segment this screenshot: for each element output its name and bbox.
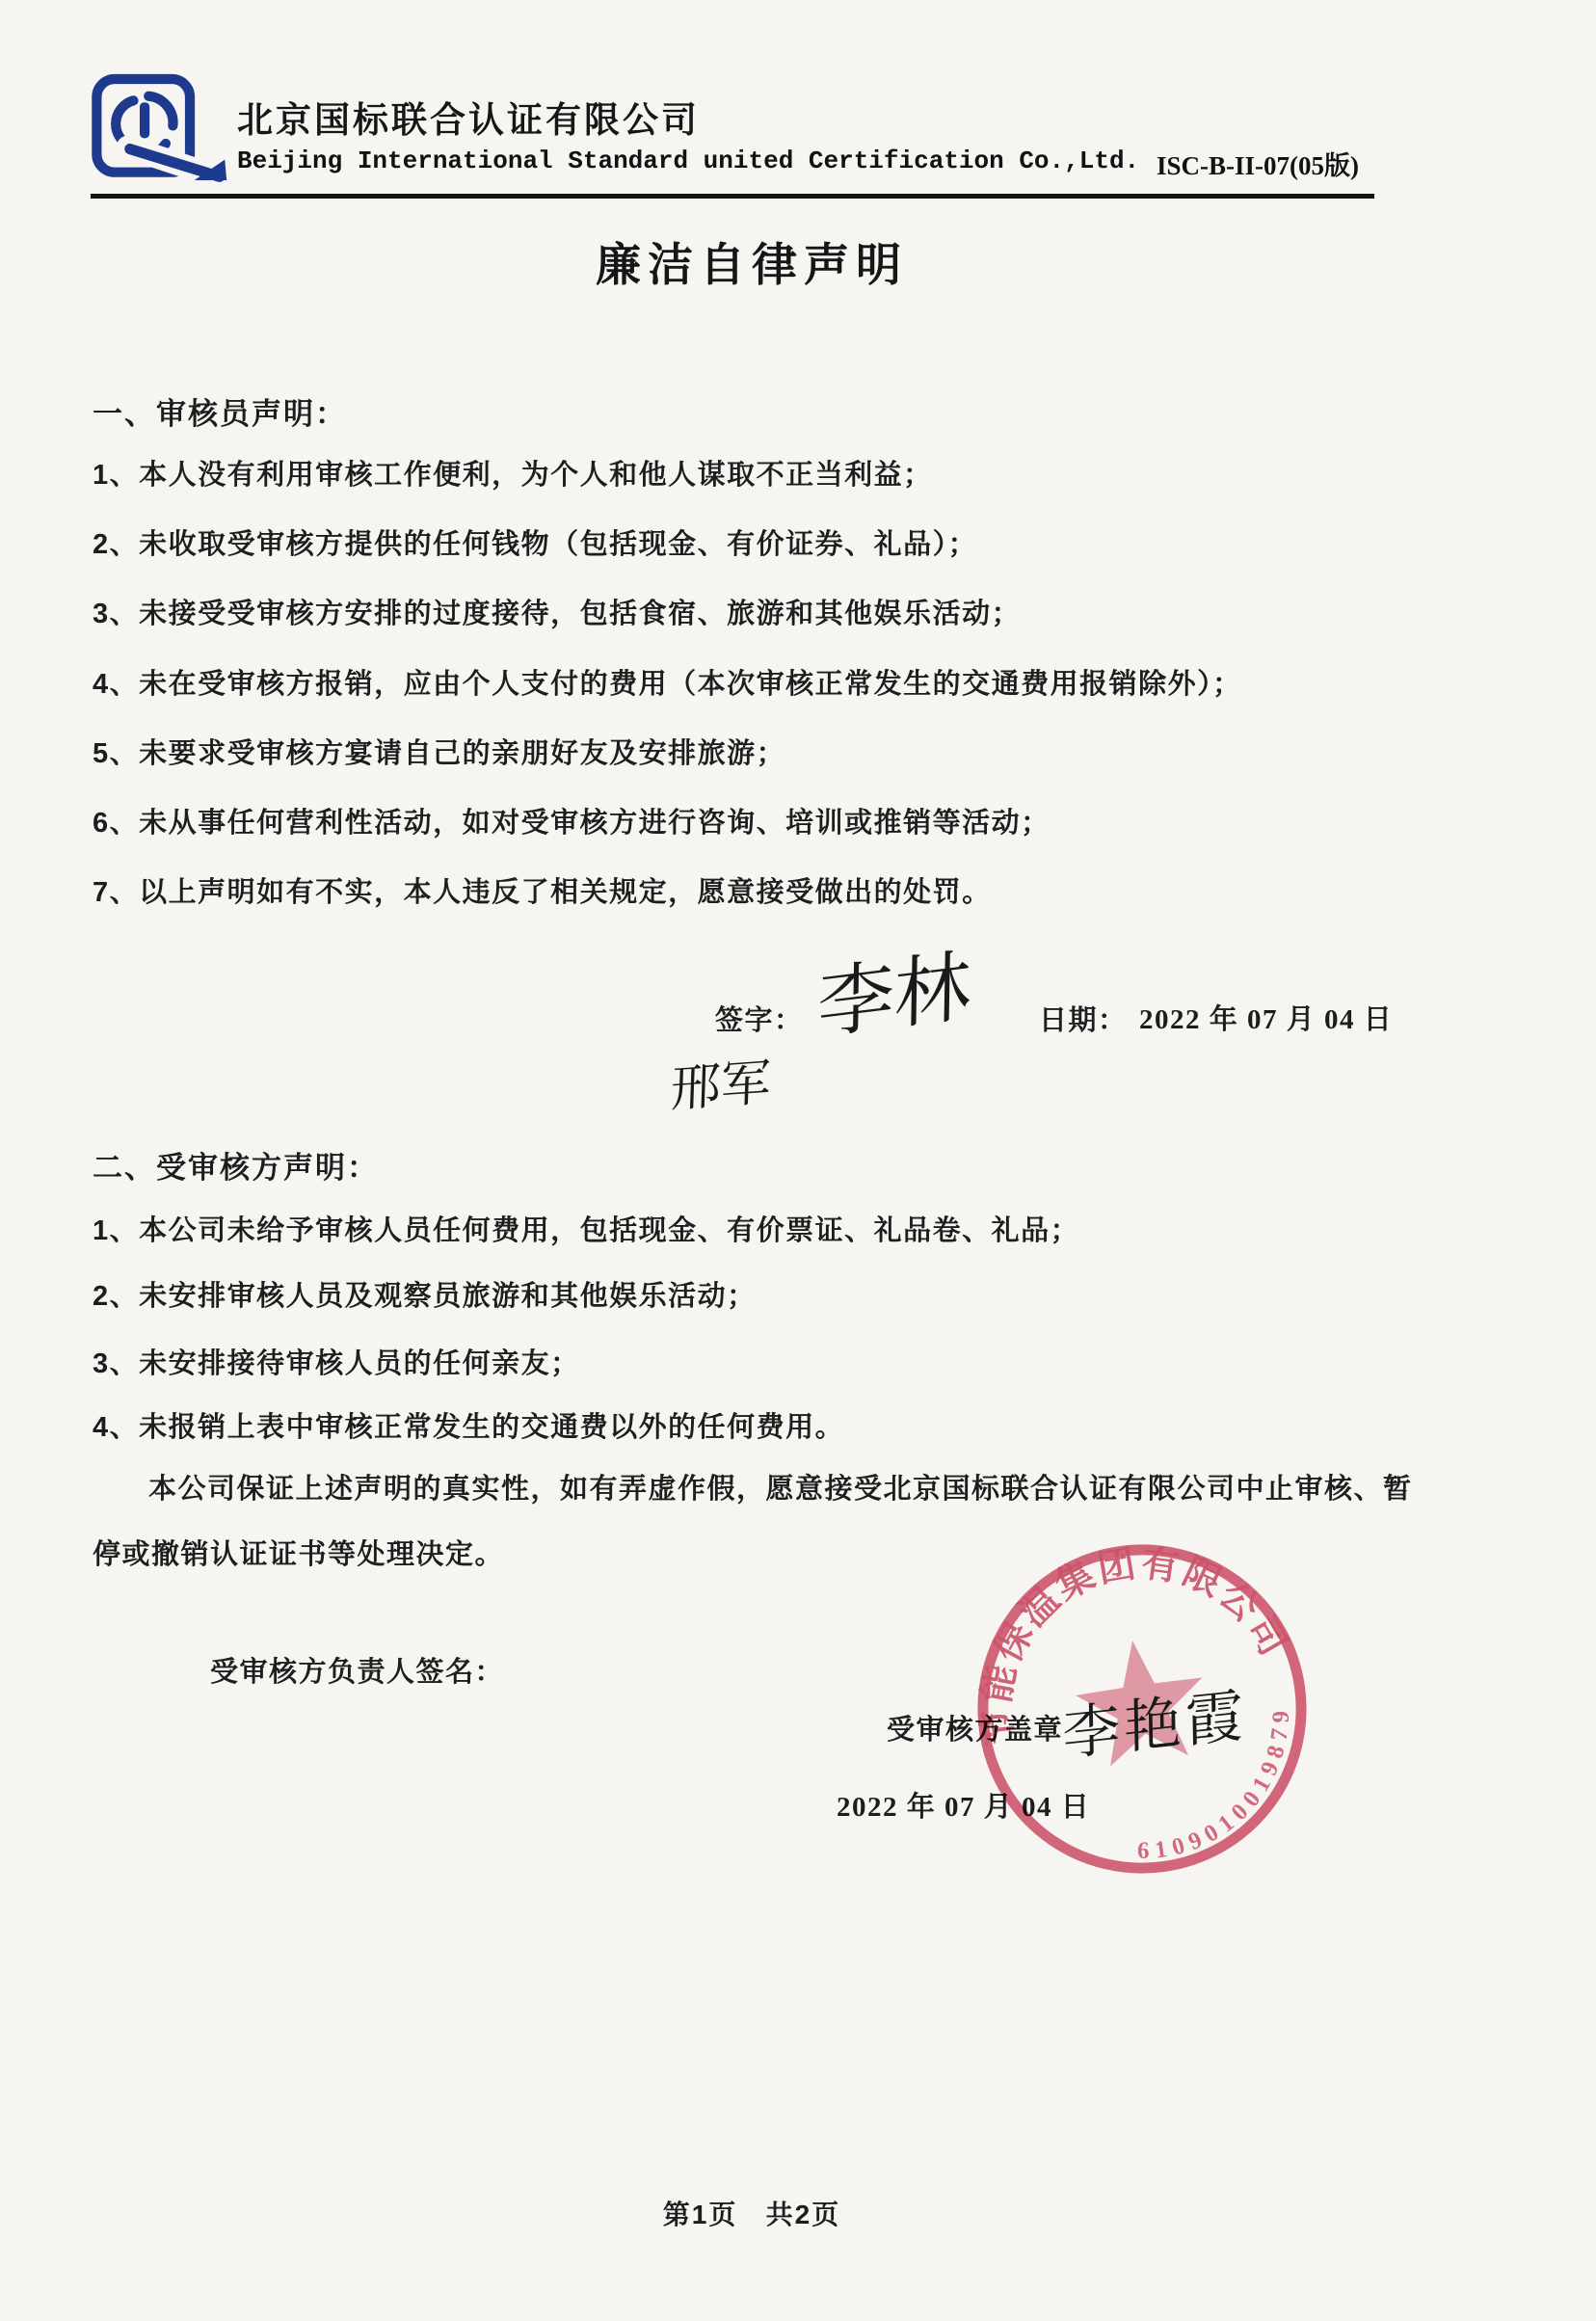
company-logo-icon xyxy=(89,71,241,189)
auditor-item: 3、未接受受审核方安排的过度接待，包括食宿、旅游和其他娱乐活动； xyxy=(93,592,1021,631)
date-label: 日期： xyxy=(1039,999,1128,1038)
document-code: ISC-B-II-07(05版) xyxy=(1157,145,1359,182)
closing-paragraph-line1: 本公司保证上述声明的真实性，如有弄虚作假，愿意接受北京国标联合认证有限公司中止审… xyxy=(148,1467,1413,1507)
auditee-item: 2、未安排审核人员及观察员旅游和其他娱乐活动； xyxy=(93,1274,757,1314)
sign-date-value: 2022 年 07 月 04 日 xyxy=(1139,998,1393,1037)
header-divider xyxy=(91,194,1374,199)
responsible-sign-label: 受审核方负责人签名： xyxy=(210,1650,504,1690)
company-name-cn: 北京国标联合认证有限公司 xyxy=(237,91,700,143)
document-page: 北京国标联合认证有限公司 Beijing International Stand… xyxy=(0,0,1596,2321)
page-number: 第1页 共2页 xyxy=(0,2194,1503,2232)
auditor-item: 7、以上声明如有不实，本人违反了相关规定，愿意接受做出的处罚。 xyxy=(93,870,992,910)
auditor-handwritten-signature: 李林 xyxy=(817,923,972,1054)
auditor-item: 4、未在受审核方报销，应由个人支付的费用（本次审核正常发生的交通费用报销除外）； xyxy=(93,662,1242,702)
auditee-section-heading: 二、受审核方声明： xyxy=(93,1143,379,1187)
auditee-item: 4、未报销上表中审核正常发生的交通费以外的任何费用。 xyxy=(93,1405,844,1445)
auditor-item: 5、未要求受审核方宴请自己的亲朋好友及安排旅游； xyxy=(93,732,785,771)
auditee-item: 1、本公司未给予审核人员任何费用，包括现金、有价票证、礼品卷、礼品； xyxy=(93,1209,1079,1248)
company-name-en: Beijing International Standard united Ce… xyxy=(237,147,1139,175)
auditor-section-heading: 一、审核员声明： xyxy=(93,389,347,433)
page-title: 廉洁自律声明 xyxy=(0,229,1503,294)
sign-label: 签字： xyxy=(715,999,804,1038)
closing-paragraph-line2: 停或撤销认证证书等处理决定。 xyxy=(93,1533,504,1572)
auditor-item: 2、未收取受审核方提供的任何钱物（包括现金、有价证券、礼品）； xyxy=(93,522,977,562)
auditee-item: 3、未安排接待审核人员的任何亲友； xyxy=(93,1342,580,1381)
auditor-item: 1、本人没有利用审核工作便利，为个人和他人谋取不正当利益； xyxy=(93,453,933,493)
auditor-item: 6、未从事任何营利性活动，如对受审核方进行咨询、培训或推销等活动； xyxy=(93,801,1051,840)
second-handwritten-signature: 邢军 xyxy=(670,1041,772,1121)
